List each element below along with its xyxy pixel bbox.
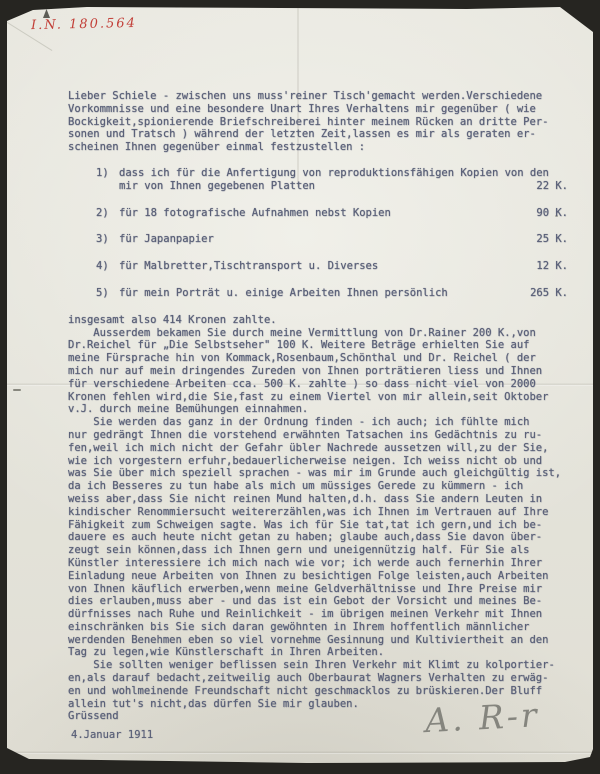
total-line: insgesamt also 414 Kronen zahlte.: [68, 314, 568, 327]
item-text: für mein Porträt u. einige Arbeiten Ihne…: [119, 287, 448, 300]
expense-item: 4) für Malbretter,Tischtransport u. Dive…: [96, 260, 568, 273]
item-number: 5): [96, 287, 119, 300]
item-amount: 22 K.: [536, 180, 568, 193]
item-number: 1): [96, 167, 119, 193]
letter-page: I.N. 180.564 Lieber Schiele - zwischen u…: [7, 7, 593, 763]
expense-item: 2) für 18 fotografische Aufnahmen nebst …: [96, 207, 568, 220]
expense-item: 3) für Japanpapier 25 K.: [96, 233, 568, 246]
letter-body: Lieber Schiele - zwischen uns muss'reine…: [68, 90, 568, 723]
expense-item: 5) für mein Porträt u. einige Arbeiten I…: [96, 287, 568, 300]
item-number: 2): [96, 207, 119, 220]
fold-crease-bottom: [7, 751, 593, 754]
item-text: für Japanpapier: [119, 233, 214, 246]
item-number: 4): [96, 260, 119, 273]
item-amount: 90 K.: [536, 207, 568, 220]
item-text: dass ich für die Anfertigung von reprodu…: [119, 167, 549, 193]
signature-handwritten: A. R-r: [424, 693, 586, 740]
item-text: für Malbretter,Tischtransport u. Diverse…: [119, 260, 378, 273]
paragraph-mediation: Ausserdem bekamen Sie durch meine Vermit…: [68, 327, 568, 417]
expense-list: 1) dass ich für die Anfertigung von repr…: [68, 167, 568, 300]
paper-tear: [43, 9, 50, 18]
item-amount: 25 K.: [536, 233, 568, 246]
item-number: 3): [96, 233, 119, 246]
item-amount: 265 K.: [530, 287, 568, 300]
date-line: 4.Januar 1911: [71, 729, 153, 741]
paper-speck: [13, 389, 21, 391]
archive-number-handwritten: I.N. 180.564: [31, 16, 137, 33]
item-text: für 18 fotografische Aufnahmen nebst Kop…: [119, 207, 391, 220]
expense-item: 1) dass ich für die Anfertigung von repr…: [96, 167, 568, 193]
paragraph-salutation: Lieber Schiele - zwischen uns muss'reine…: [68, 90, 568, 154]
item-amount: 12 K.: [536, 260, 568, 273]
paragraph-main: Sie werden das ganz in der Ordnung finde…: [68, 416, 568, 659]
